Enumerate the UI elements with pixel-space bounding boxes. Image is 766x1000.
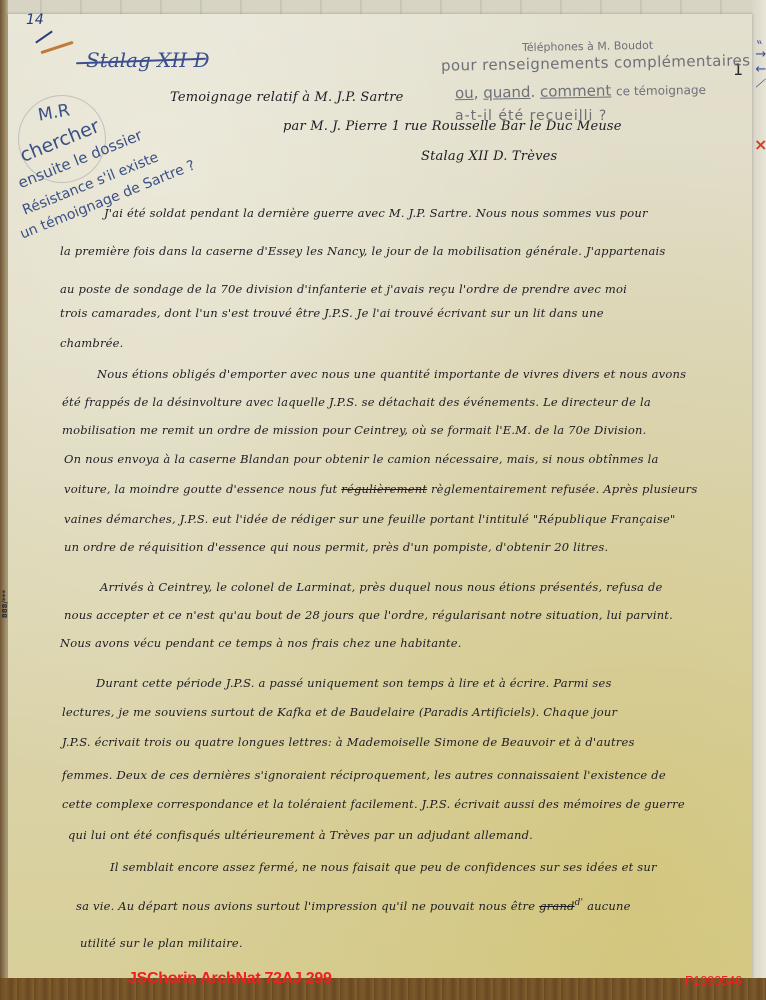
photo-id: P1090546 [685,973,742,988]
body-p3-l3: Nous avons vécu pendant ce temps à nos f… [60,636,462,650]
author-line: par M. J. Pierre 1 rue Rousselle Bar le … [283,119,622,134]
pencil-note-rest: ce témoignage [616,83,706,99]
body-p5-l1: Il semblait encore assez fermé, ne nous … [110,860,657,874]
body-p4-l2: lectures, je me souviens surtout de Kafk… [62,705,617,719]
body-p5-l2b: aucune [587,899,631,913]
body-p2-l4: On nous envoya à la caserne Blandan pour… [64,452,659,466]
body-p2-l1: Nous étions obligés d'emporter avec nous… [97,367,686,381]
binder-edge [0,0,8,980]
body-p1-l2: la première fois dans la caserne d'Essey… [60,244,666,258]
struck-word: régulièrement [341,482,427,496]
archive-label: JSChorin ArchNat 72AJ 299 [128,970,332,988]
body-p4-l1: Durant cette période J.P.S. a passé uniq… [96,676,612,690]
location-line: Stalag XII D. Trèves [421,149,557,164]
body-p2-l6: vaines démarches, J.P.S. eut l'idée de r… [64,512,675,526]
body-p4-l3: J.P.S. écrivait trois ou quatre longues … [62,735,635,749]
pencil-note-line1: Téléphones à M. Boudot [522,39,653,54]
body-p1-l1: J'ai été soldat pendant la dernière guer… [104,206,648,220]
inserted-word: d' [575,898,584,908]
body-p2-l5b: règlementairement refusée. Après plusieu… [431,482,697,496]
pencil-note-ou: ou [455,84,474,102]
body-p3-l1: Arrivés à Ceintrey, le colonel de Larmin… [100,580,663,594]
struck-word-2: grand [539,899,574,913]
title-line: Temoignage relatif à M. J.P. Sartre [170,90,404,105]
body-p1-l4: trois camarades, dont l'un s'est trouvé … [60,306,604,320]
body-p2-l5: voiture, la moindre goutte d'essence nou… [64,482,697,496]
body-p3-l2: nous accepter et ce n'est qu'au bout de … [64,608,673,622]
body-p1-l3: au poste de sondage de la 70e division d… [60,282,627,296]
folio-mark: 14 [26,12,44,28]
pencil-note-quand: quand [483,83,531,102]
body-p2-l2: été frappés de la désinvolture avec laqu… [62,395,651,409]
body-p2-l5a: voiture, la moindre goutte d'essence nou… [64,482,337,496]
body-p5-l3: utilité sur le plan militaire. [80,936,243,950]
wooden-desk [0,978,766,1000]
body-p2-l7: un ordre de réquisition d'essence qui no… [64,540,608,554]
red-x-mark: × [754,135,766,154]
body-p1-l5: chambrée. [60,336,124,350]
right-margin-marks: ⸗ ↑ ↓ ⟍ [752,40,766,88]
body-p4-l4: femmes. Deux de ces dernières s'ignoraie… [62,768,666,782]
body-p5-l2: sa vie. Au départ nous avions surtout l'… [76,898,631,913]
body-p4-l5: cette complexe correspondance et la tolé… [62,797,685,811]
pencil-note-comment: comment [540,81,612,100]
body-p4-l6: qui lui ont été confisqués ultérieuremen… [68,828,533,842]
body-p5-l2a: sa vie. Au départ nous avions surtout l'… [76,899,535,913]
body-p2-l3: mobilisation me remit un ordre de missio… [62,423,646,437]
